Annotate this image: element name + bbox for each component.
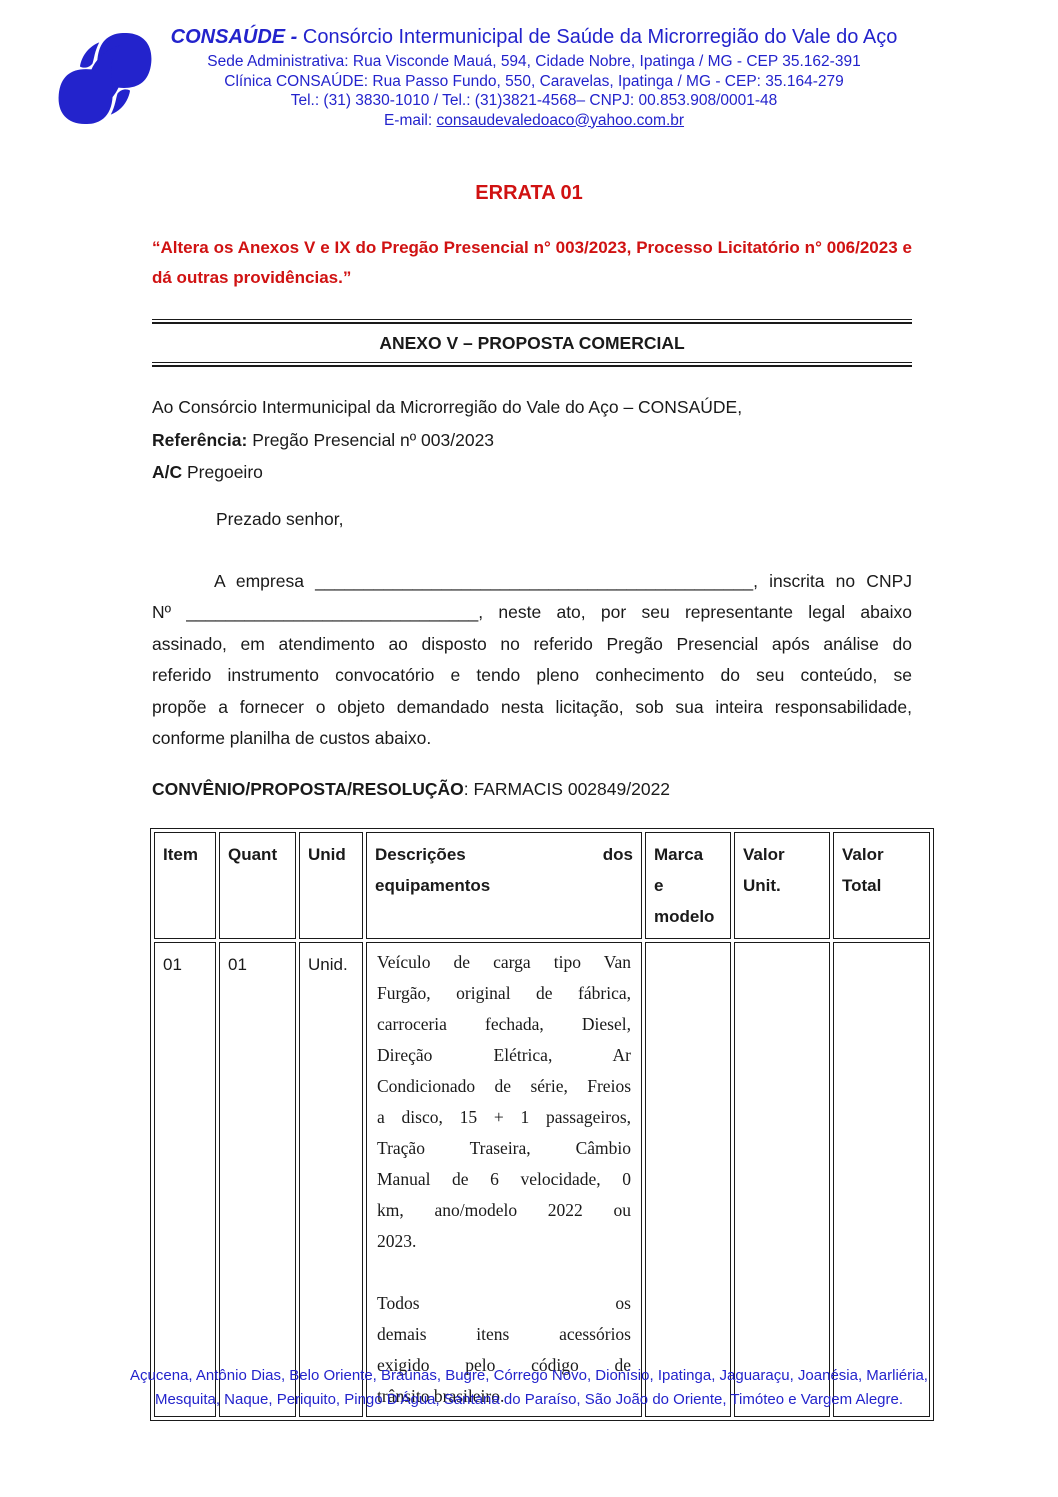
email-label: E-mail: (384, 112, 437, 129)
proposal-table: Item Quant Unid Descrições dosequipament… (150, 828, 934, 1421)
addressee-block: Ao Consórcio Intermunicipal da Microrreg… (152, 391, 912, 489)
phone-cnpj-line: Tel.: (31) 3830-1010 / Tel.: (31)3821-45… (146, 91, 922, 111)
col-header-valor-total: ValorTotal (833, 832, 930, 939)
letterhead-text: CONSAÚDE - Consórcio Intermunicipal de S… (146, 24, 922, 130)
org-name: Consórcio Intermunicipal de Saúde da Mic… (297, 26, 897, 48)
attention-value: Pregoeiro (182, 462, 263, 482)
salutation: Prezado senhor, (216, 509, 912, 530)
section-rule-bottom (152, 362, 912, 367)
body-paragraph: A empresa ______________________________… (152, 566, 912, 755)
attention-label: A/C (152, 462, 182, 482)
table-row: 01 01 Unid. Veículo de carga tipo VanFur… (154, 942, 930, 1417)
section-title: ANEXO V – PROPOSTA COMERCIAL (152, 324, 912, 362)
consaude-logo-icon (46, 26, 164, 132)
col-header-quant: Quant (219, 832, 296, 939)
cell-description: Veículo de carga tipo VanFurgão, origina… (366, 942, 642, 1417)
amendment-note: “Altera os Anexos V e IX do Pregão Prese… (152, 233, 912, 293)
brand-name: CONSAÚDE - (171, 26, 298, 48)
footer-municipalities: Açucena, Antônio Dias, Belo Oriente, Bra… (79, 1364, 979, 1412)
attention-line: A/C Pregoeiro (152, 456, 912, 489)
email-link[interactable]: consaudevaledoaco@yahoo.com.br (437, 112, 685, 129)
address-line-2: Clínica CONSAÚDE: Rua Passo Fundo, 550, … (146, 72, 922, 92)
convenio-line: CONVÊNIO/PROPOSTA/RESOLUÇÃO: FARMACIS 00… (152, 779, 912, 800)
cell-valor-total (833, 942, 930, 1417)
cell-item: 01 (154, 942, 216, 1417)
section-header: ANEXO V – PROPOSTA COMERCIAL (152, 319, 912, 367)
letterhead: CONSAÚDE - Consórcio Intermunicipal de S… (0, 0, 1058, 140)
col-header-unid: Unid (299, 832, 363, 939)
reference-value: Pregão Presencial nº 003/2023 (247, 430, 494, 450)
col-header-marca-modelo: Marcaemodelo (645, 832, 731, 939)
cell-marca-modelo (645, 942, 731, 1417)
cell-unid: Unid. (299, 942, 363, 1417)
reference-label: Referência: (152, 430, 247, 450)
convenio-value: : FARMACIS 002849/2022 (464, 779, 670, 799)
document-title: ERRATA 01 (0, 182, 1058, 205)
reference-line: Referência: Pregão Presencial nº 003/202… (152, 424, 912, 457)
org-title: CONSAÚDE - Consórcio Intermunicipal de S… (146, 24, 922, 50)
cell-quant: 01 (219, 942, 296, 1417)
table-header-row: Item Quant Unid Descrições dosequipament… (154, 832, 930, 939)
col-header-valor-unit: ValorUnit. (734, 832, 830, 939)
convenio-label: CONVÊNIO/PROPOSTA/RESOLUÇÃO (152, 779, 464, 799)
col-header-descricoes: Descrições dosequipamentos (366, 832, 642, 939)
email-line: E-mail: consaudevaledoaco@yahoo.com.br (146, 111, 922, 131)
letter-body: Ao Consórcio Intermunicipal da Microrreg… (152, 391, 912, 800)
address-line-1: Sede Administrativa: Rua Visconde Mauá, … (146, 52, 922, 72)
addressee-line: Ao Consórcio Intermunicipal da Microrreg… (152, 391, 912, 424)
col-header-item: Item (154, 832, 216, 939)
document-page: CONSAÚDE - Consórcio Intermunicipal de S… (0, 0, 1058, 1497)
cell-valor-unit (734, 942, 830, 1417)
